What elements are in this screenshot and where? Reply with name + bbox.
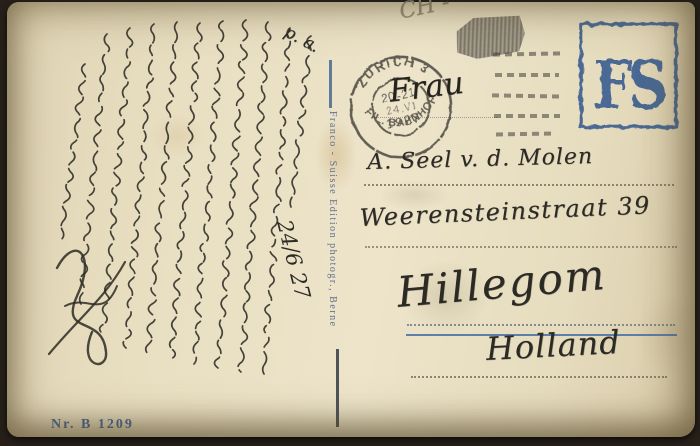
cancellation-bar: [495, 73, 559, 77]
message-line: [61, 64, 86, 240]
publisher-imprint: Franco - Suisse Edition photogr., Berne: [327, 111, 338, 351]
cancellation-bar: [494, 114, 560, 118]
message-line: [238, 22, 271, 372]
cancellation-bar: [493, 51, 563, 56]
divider-line-bottom: [336, 349, 339, 427]
cancellation-bar: [496, 131, 554, 136]
cancellation-bar: [492, 93, 564, 98]
catalog-number: Nr. B 1209: [51, 417, 134, 433]
stamp-box-letters: FS: [593, 47, 665, 124]
address-guide-line: [364, 184, 674, 186]
cancellation-bars: [491, 50, 571, 140]
signature-flourish: [49, 262, 125, 354]
stamp-box: FS: [573, 16, 685, 136]
postcard-back: 24/6 27 p. a. Franco - Suisse Edition ph…: [7, 2, 695, 437]
address-city: Hillegom: [395, 250, 608, 317]
address-guide-line: [411, 376, 667, 378]
message-line: [123, 24, 154, 348]
address-guide-line: [365, 246, 677, 248]
signature-flourish: [65, 286, 117, 306]
address-guide-line: [407, 324, 675, 326]
message-line: [193, 21, 223, 364]
address-street: Weerensteinstraat 39: [359, 191, 651, 232]
message-date-note: 24/6 27: [272, 216, 315, 302]
message-line: [263, 28, 291, 374]
signature-flourish: [57, 251, 106, 364]
message-line: [290, 36, 311, 207]
pencil-note: CH -: [397, 0, 452, 24]
handwritten-message: 24/6 27: [7, 2, 347, 446]
address-country: Holland: [485, 323, 622, 368]
divider-line-top: [329, 60, 332, 108]
address-name: A. Seel v. d. Molen: [367, 144, 593, 175]
